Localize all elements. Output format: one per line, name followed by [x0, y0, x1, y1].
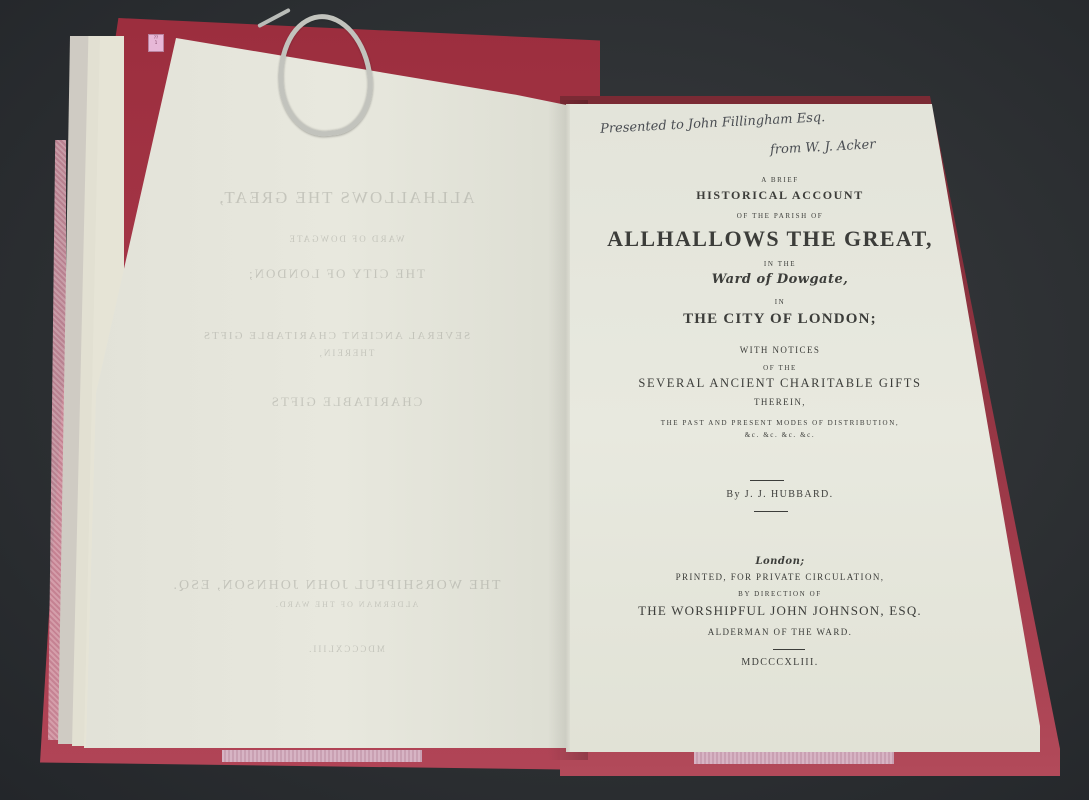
- title-etc: &c. &c. &c. &c.: [570, 431, 990, 439]
- title-modes: THE PAST AND PRESENT MODES OF DISTRIBUTI…: [570, 419, 990, 427]
- cloth-patch-bottom-left: [222, 750, 422, 762]
- left-page[interactable]: ALLHALLOWS THE GREAT, WARD OF DOWGATE TH…: [86, 38, 586, 748]
- imprint-year: MDCCCXLIII.: [570, 657, 990, 668]
- title-a-brief: A BRIEF: [570, 176, 990, 184]
- imprint-patron: THE WORSHIPFUL JOHN JOHNSON, ESQ.: [570, 603, 990, 619]
- title-in-the: IN THE: [570, 260, 990, 268]
- bleed-through-text: MDCCCXLIII.: [266, 644, 426, 654]
- bleed-through-text: THE CITY OF LONDON;: [186, 266, 486, 282]
- bleed-through-text: THEREIN,: [196, 348, 496, 358]
- shelf-mark-label: ?? 1: [148, 34, 164, 52]
- shelf-mark-line: 1: [149, 40, 163, 45]
- title-historical-account: HISTORICAL ACCOUNT: [570, 188, 990, 203]
- divider-rule: [754, 511, 788, 512]
- author-line: By J. J. HUBBARD.: [570, 489, 990, 500]
- title-of-the-parish-of: OF THE PARISH OF: [570, 212, 990, 220]
- divider-rule: [773, 649, 805, 650]
- bleed-through-text: ALLHALLOWS THE GREAT,: [196, 188, 496, 208]
- title-gifts: SEVERAL ANCIENT CHARITABLE GIFTS: [570, 376, 990, 391]
- divider-rule: [750, 480, 784, 481]
- cloth-patch-bottom-right: [694, 752, 894, 764]
- bleed-through-text: THE WORSHIPFUL JOHN JOHNSON, ESQ.: [136, 578, 536, 594]
- title-in: IN: [570, 298, 990, 306]
- title-of-the: OF THE: [570, 364, 990, 372]
- title-ward: Ward of Dowgate,: [570, 272, 990, 287]
- title-city: THE CITY OF LONDON;: [570, 311, 990, 328]
- imprint-printed: PRINTED, FOR PRIVATE CIRCULATION,: [570, 572, 990, 582]
- imprint-by-direction: BY DIRECTION OF: [570, 590, 990, 598]
- bleed-through-text: SEVERAL ANCIENT CHARITABLE GIFTS: [166, 330, 506, 342]
- title-parish-name: ALLHALLOWS THE GREAT,: [560, 226, 980, 252]
- bleed-through-text: CHARITABLE GIFTS: [196, 394, 496, 410]
- bleed-through-text: ALDERMAN OF THE WARD.: [216, 600, 476, 609]
- title-with-notices: WITH NOTICES: [570, 345, 990, 355]
- title-therein: THEREIN,: [570, 397, 990, 407]
- bleed-through-text: WARD OF DOWGATE: [196, 234, 496, 244]
- imprint-place: London;: [570, 556, 990, 567]
- imprint-patron-title: ALDERMAN OF THE WARD.: [570, 627, 990, 637]
